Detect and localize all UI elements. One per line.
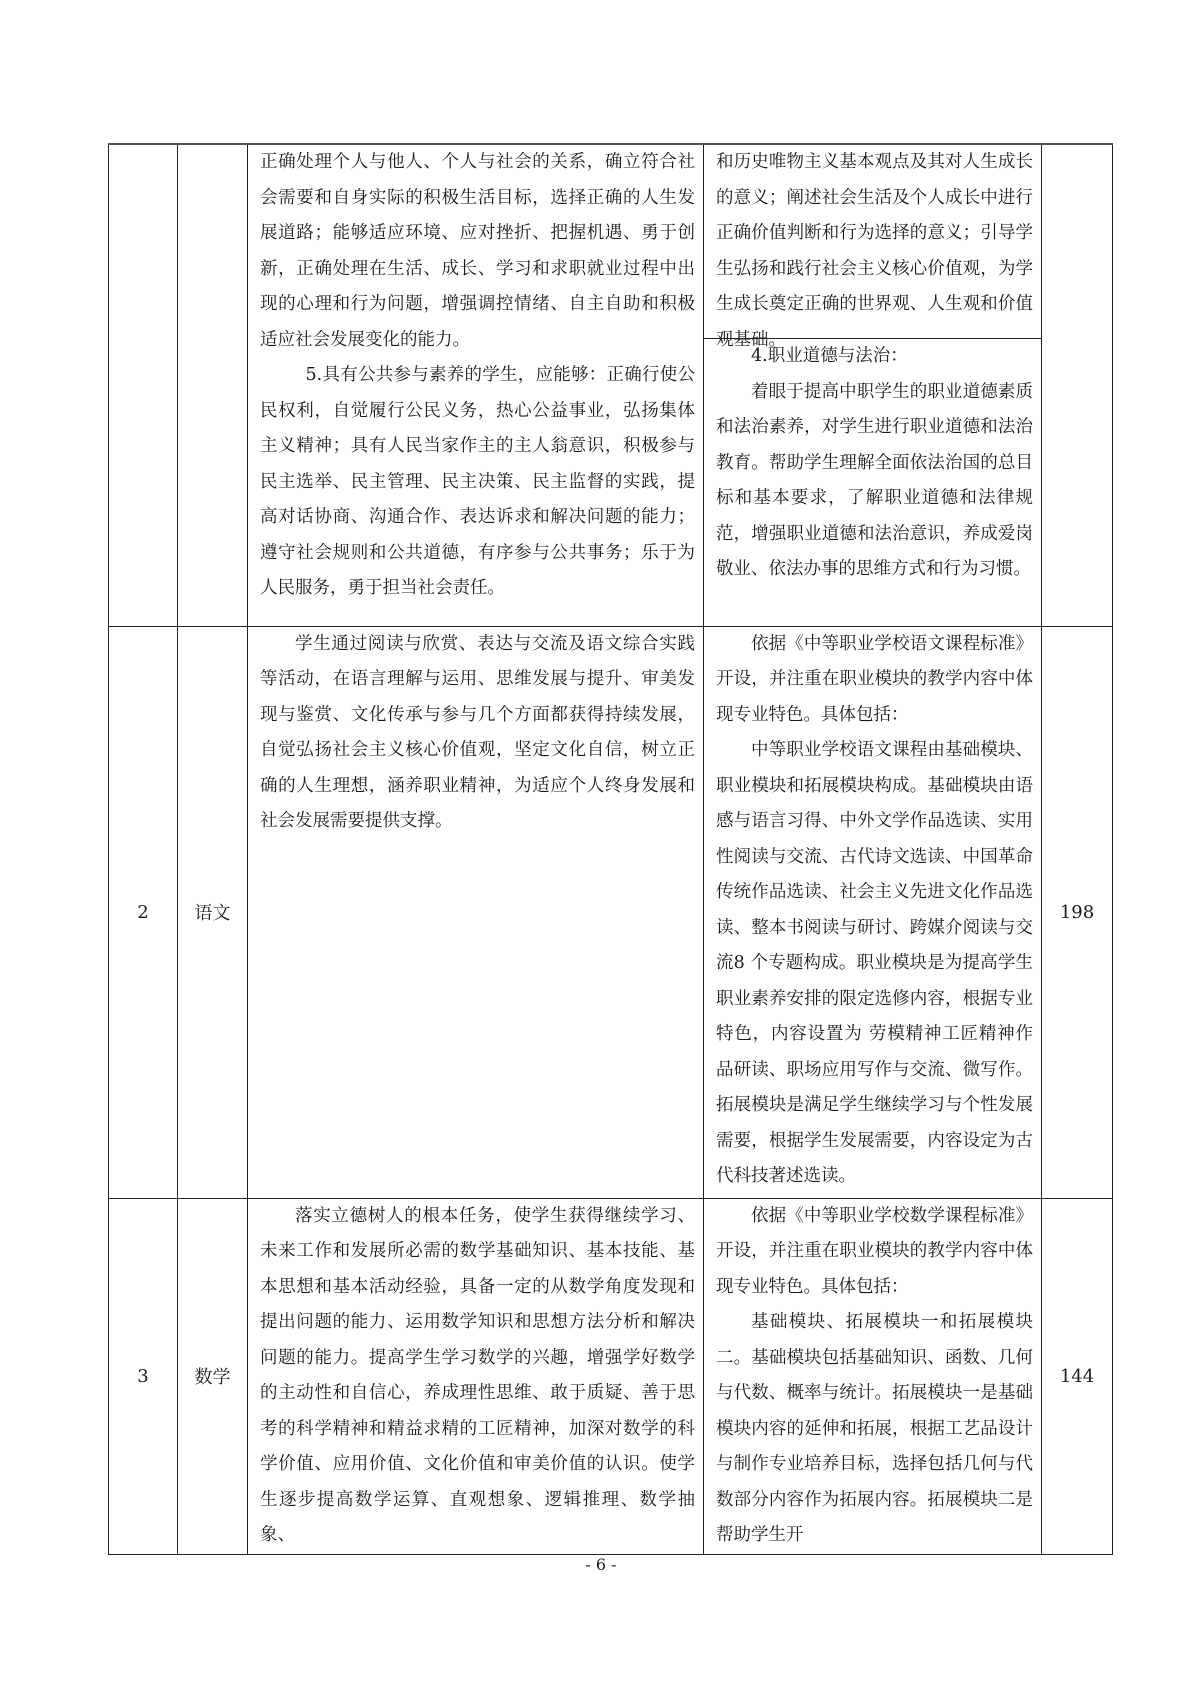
content-paragraph: 基础模块、拓展模块一和拓展模块二。基础模块包括基础知识、函数、几何与代数、概率与…	[716, 1305, 1033, 1554]
row-number-cell: 3	[109, 1198, 178, 1554]
course-content-cell: 依据《中等职业学校语文课程标准》开设，并注重在职业模块的教学内容中体现专业特色。…	[704, 626, 1042, 1198]
row-number-cell: 2	[109, 626, 178, 1198]
hours-cell: 198	[1042, 626, 1113, 1198]
course-goal-cell: 落实立德树人的根本任务，使学生获得继续学习、未来工作和发展所必需的数学基础知识、…	[248, 1198, 704, 1554]
content-paragraph: 依据《中等职业学校语文课程标准》开设，并注重在职业模块的教学内容中体现专业特色。…	[716, 627, 1033, 734]
goal-paragraph: 学生通过阅读与欣赏、表达与交流及语文综合实践等活动，在语言理解与运用、思维发展与…	[260, 627, 695, 840]
content-paragraph: 和历史唯物主义基本观点及其对人生成长的意义；阐述社会生活及个人成长中进行正确价值…	[716, 145, 1033, 358]
goal-paragraph: 5.具有公共参与素养的学生，应能够：正确行使公民权利，自觉履行公民义务，热心公益…	[260, 358, 695, 607]
content-paragraph: 着眼于提高中职学生的职业道德素质和法治素养，对学生进行职业道德和法治教育。帮助学…	[716, 375, 1033, 588]
hours-cell	[1042, 144, 1113, 626]
row-number-cell	[109, 144, 178, 626]
table-row: 3 数学 落实立德树人的根本任务，使学生获得继续学习、未来工作和发展所必需的数学…	[109, 1198, 1113, 1554]
course-goal-cell: 学生通过阅读与欣赏、表达与交流及语文综合实践等活动，在语言理解与运用、思维发展与…	[248, 626, 704, 1198]
hours-cell: 144	[1042, 1198, 1113, 1554]
course-content-cell: 依据《中等职业学校数学课程标准》开设，并注重在职业模块的教学内容中体现专业特色。…	[704, 1198, 1042, 1554]
goal-paragraph: 落实立德树人的根本任务，使学生获得继续学习、未来工作和发展所必需的数学基础知识、…	[260, 1199, 695, 1554]
page-number: - 6 -	[0, 1555, 1202, 1574]
table-row: 正确处理个人与他人、个人与社会的关系，确立符合社会需要和自身实际的积极生活目标，…	[109, 144, 1113, 626]
course-goal-cell: 正确处理个人与他人、个人与社会的关系，确立符合社会需要和自身实际的积极生活目标，…	[248, 144, 704, 626]
content-block-top: 和历史唯物主义基本观点及其对人生成长的意义；阐述社会生活及个人成长中进行正确价值…	[704, 145, 1041, 339]
content-paragraph: 依据《中等职业学校数学课程标准》开设，并注重在职业模块的教学内容中体现专业特色。…	[716, 1199, 1033, 1306]
table-row: 2 语文 学生通过阅读与欣赏、表达与交流及语文综合实践等活动，在语言理解与运用、…	[109, 626, 1113, 1198]
course-name-cell: 数学	[178, 1198, 248, 1554]
content-paragraph: 中等职业学校语文课程由基础模块、职业模块和拓展模块构成。基础模块由语感与语言习得…	[716, 733, 1033, 1195]
content-section-title: 4.职业道德与法治：	[716, 339, 1033, 375]
course-name-cell: 语文	[178, 626, 248, 1198]
course-name-cell	[178, 144, 248, 626]
course-content-cell: 和历史唯物主义基本观点及其对人生成长的意义；阐述社会生活及个人成长中进行正确价值…	[704, 144, 1042, 626]
content-block-bottom: 4.职业道德与法治： 着眼于提高中职学生的职业道德素质和法治素养，对学生进行职业…	[704, 339, 1041, 588]
goal-paragraph: 正确处理个人与他人、个人与社会的关系，确立符合社会需要和自身实际的积极生活目标，…	[260, 145, 695, 358]
curriculum-table: 正确处理个人与他人、个人与社会的关系，确立符合社会需要和自身实际的积极生活目标，…	[108, 143, 1113, 1555]
